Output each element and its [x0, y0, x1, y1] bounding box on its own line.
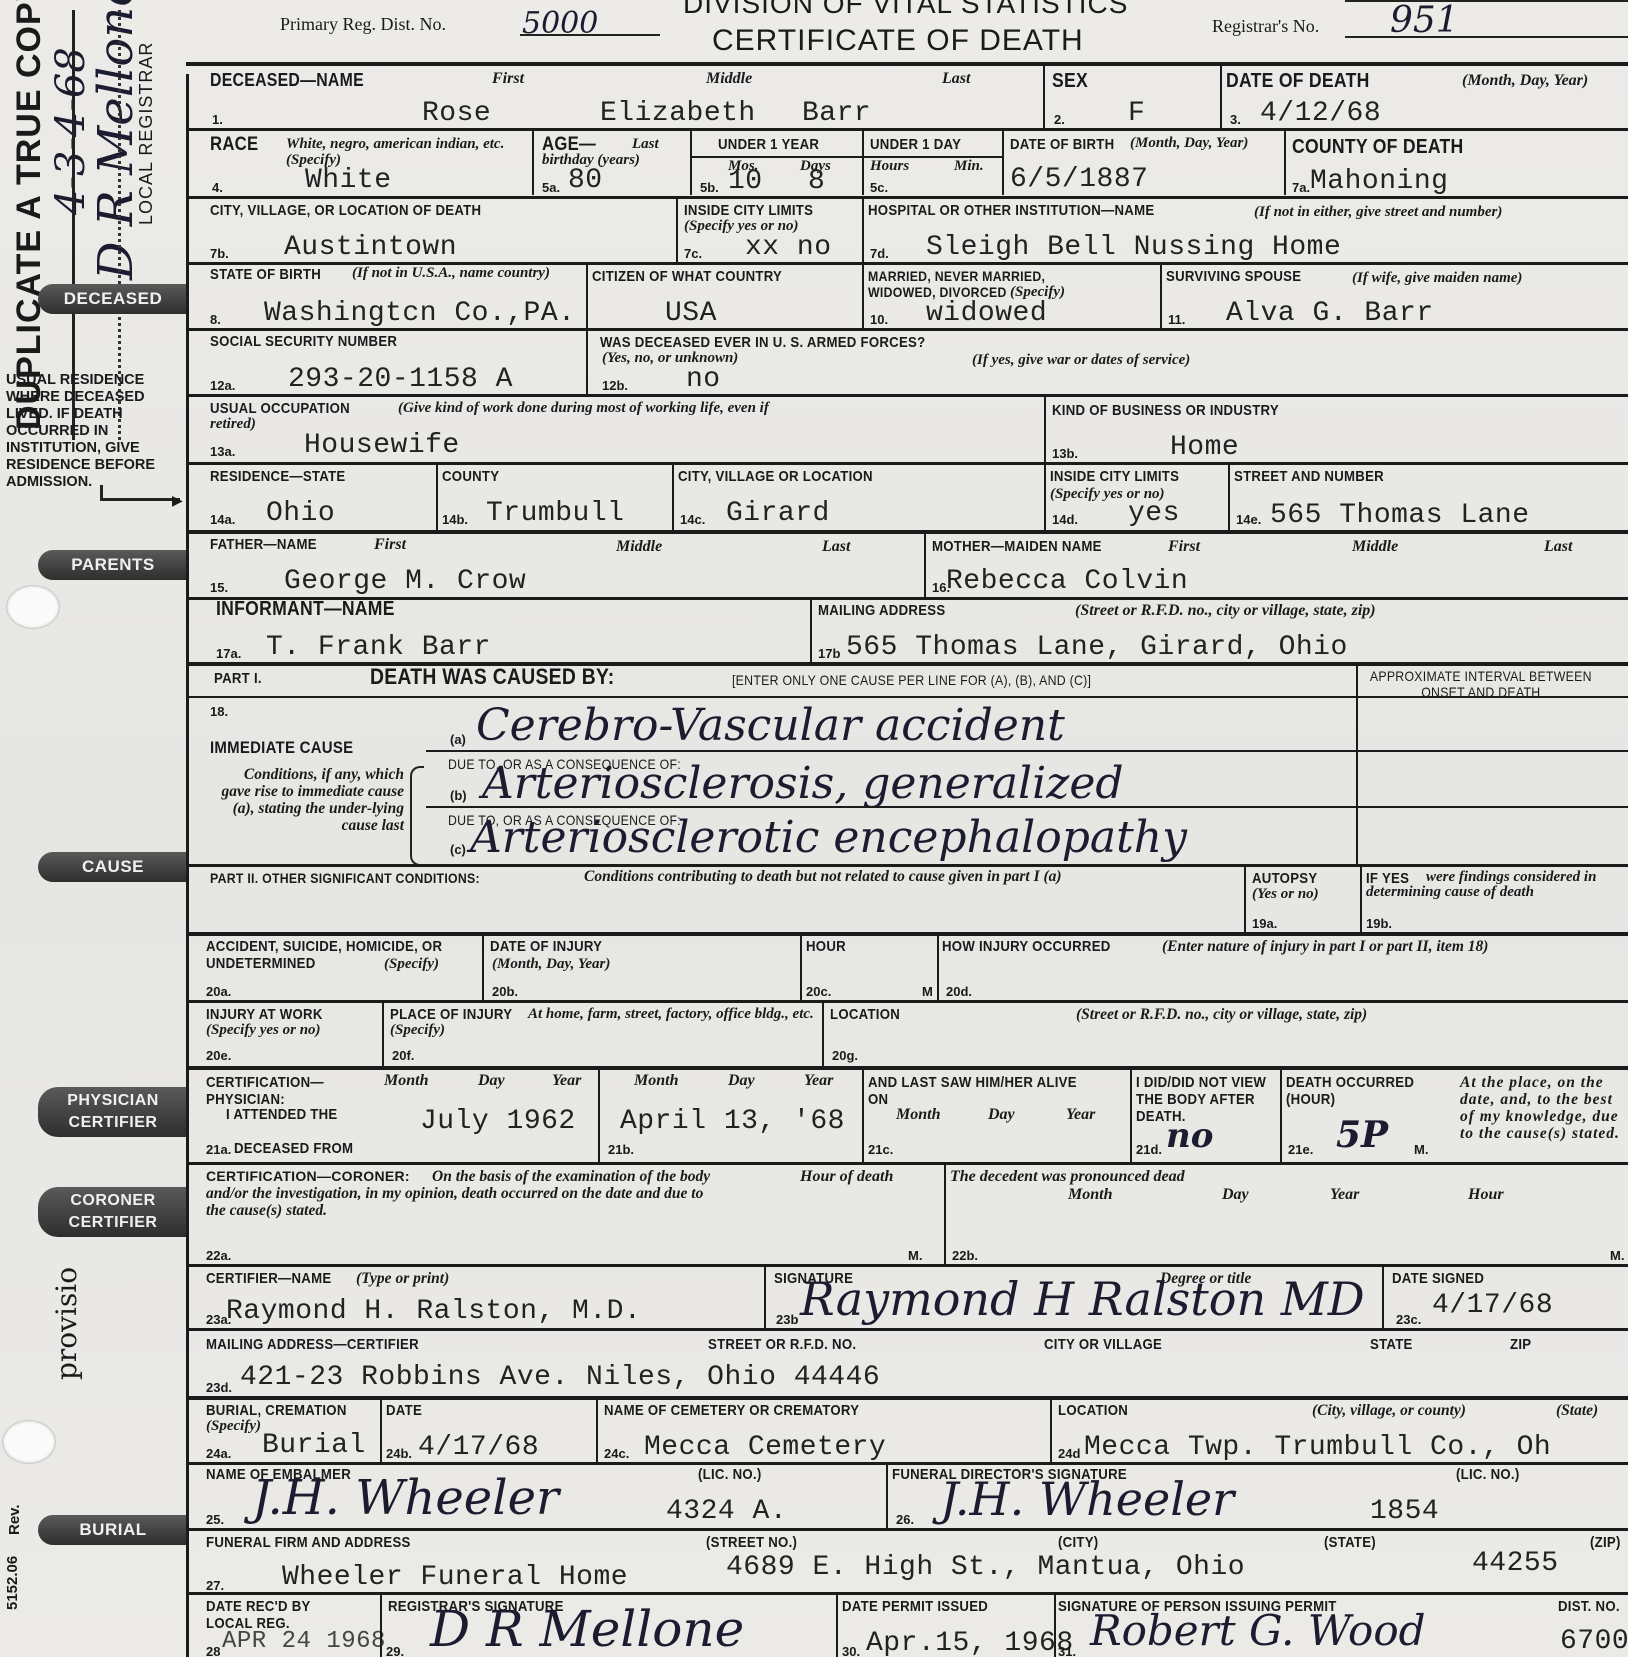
zip-label: (ZIP) [1590, 1534, 1621, 1551]
item-number: 14a. [210, 512, 235, 527]
item-number: 20g. [832, 1048, 858, 1063]
punch-hole [2, 1420, 56, 1464]
attended-label: I ATTENDED THE [226, 1106, 337, 1123]
date-of-death-value: 4/12/68 [1260, 98, 1381, 129]
date-of-death-label: DATE OF DEATH [1226, 70, 1370, 93]
deceased-from-label: DECEASED FROM [234, 1140, 353, 1157]
physician-statement: At the place, on the date, and, to the b… [1460, 1074, 1628, 1142]
item-number: 11. [1168, 312, 1185, 327]
item-number: 7a. [1292, 180, 1310, 195]
row-divider [186, 1328, 1628, 1331]
month-label: Month [384, 1072, 428, 1090]
divider [886, 1464, 888, 1528]
hour-label: Hour [1468, 1186, 1504, 1204]
father-name-value: George M. Crow [284, 566, 526, 597]
race-value: White [305, 165, 392, 196]
date-received-label: DATE REC'D BY LOCAL REG. [206, 1598, 347, 1632]
item-number: 26. [896, 1512, 914, 1527]
cause-c-label: (c) [450, 842, 466, 857]
form-top-border [186, 62, 1628, 66]
date-of-birth-value: 6/5/1887 [1010, 164, 1148, 195]
divider [862, 264, 864, 328]
death-occurred-label: DEATH OCCURRED (HOUR) [1286, 1074, 1444, 1108]
cemetery-value: Mecca Cemetery [644, 1432, 886, 1463]
hint: (If wife, give maiden name) [1352, 270, 1522, 287]
city-label: CITY OR VILLAGE [1044, 1336, 1162, 1353]
tab-deceased: DECEASED [38, 284, 188, 314]
arrow-line [100, 498, 180, 501]
hospital-label: HOSPITAL OR OTHER INSTITUTION—NAME [868, 202, 1154, 219]
spouse-value: Alva G. Barr [1226, 298, 1434, 329]
under-1-year-label: UNDER 1 YEAR [718, 136, 819, 153]
item-number: 2. [1054, 112, 1065, 127]
day-label: Day [728, 1072, 755, 1090]
spouse-label: SURVIVING SPOUSE [1166, 268, 1301, 285]
informant-mailing-value: 565 Thomas Lane, Girard, Ohio [846, 632, 1348, 663]
middle-label: Middle [706, 70, 752, 88]
view-body-value: no [1166, 1116, 1213, 1156]
divider [1044, 396, 1046, 462]
residence-limits-value: yes [1128, 498, 1180, 529]
line [426, 806, 1628, 808]
section-divider [186, 530, 1628, 534]
year-label: Year [1066, 1106, 1095, 1124]
hint: (Yes or no) [1252, 886, 1319, 903]
residence-state-value: Ohio [266, 498, 335, 529]
last-label: Last [942, 70, 970, 88]
tab-parents: PARENTS [38, 550, 188, 580]
informant-label: INFORMANT—NAME [216, 598, 395, 621]
true-copy-stamp: DUPLICATE A TRUE COPY [10, 0, 49, 430]
mailing-address-label: MAILING ADDRESS [818, 602, 945, 619]
citizen-value: USA [665, 298, 717, 329]
form-number: 5152.06 [4, 1556, 21, 1610]
row-divider [186, 196, 1628, 199]
attended-to-value: April 13, '68 [620, 1106, 845, 1137]
last-label: Last [822, 538, 850, 556]
divider [1043, 66, 1045, 128]
divider [586, 330, 588, 394]
item-number: 5c. [870, 180, 888, 195]
punch-hole [6, 585, 60, 629]
row-divider [186, 1592, 1628, 1595]
funeral-firm-value: Wheeler Funeral Home [282, 1562, 628, 1593]
arrow-right-icon: ▶ [172, 492, 183, 509]
row-divider [186, 394, 1628, 397]
burial-location-value: Mecca Twp. Trumbull Co., Oh [1084, 1432, 1551, 1463]
first-label: First [374, 536, 406, 554]
section-divider [186, 1066, 1628, 1070]
ssn-value: 293-20-1158 A [288, 364, 513, 395]
citizen-label: CITIZEN OF WHAT COUNTRY [592, 268, 782, 285]
row-divider [186, 864, 1628, 867]
hint: (Month, Day, Year) [1462, 72, 1588, 90]
divider [1280, 1070, 1282, 1162]
first-label: First [492, 70, 524, 88]
divider [862, 1070, 864, 1162]
funeral-firm-label: FUNERAL FIRM AND ADDRESS [206, 1534, 411, 1551]
hint: (If yes, give war or dates of service) [972, 352, 1190, 369]
deceased-first-name: Rose [422, 98, 491, 129]
middle-label: Middle [616, 538, 662, 556]
cemetery-label: NAME OF CEMETERY OR CREMATORY [604, 1402, 859, 1419]
hint: (Type or print) [356, 1270, 449, 1288]
street-label: STREET OR R.F.D. NO. [708, 1336, 856, 1353]
director-signature: J.H. Wheeler [940, 1472, 1234, 1526]
how-injury-label: HOW INJURY OCCURRED [942, 938, 1111, 955]
item-number: 23d. [206, 1380, 232, 1395]
item-number: 20b. [492, 984, 518, 999]
mother-name-value: Rebecca Colvin [946, 566, 1188, 597]
divider [482, 936, 484, 1000]
divider [1360, 866, 1362, 932]
division-heading: DIVISION OF VITAL STATISTICS [683, 0, 1128, 20]
part-2-label: PART II. OTHER SIGNIFICANT CONDITIONS: [210, 870, 480, 886]
divider [598, 1070, 600, 1162]
day-label: Day [478, 1072, 505, 1090]
date-signed-label: DATE SIGNED [1392, 1270, 1484, 1287]
residence-county-label: COUNTY [442, 468, 499, 485]
injury-at-work-label: INJURY AT WORK [206, 1006, 323, 1023]
item-number: 21e. [1288, 1142, 1313, 1157]
item-number: 20a. [206, 984, 231, 999]
race-label: RACE [210, 134, 258, 156]
month-label: Month [896, 1106, 940, 1124]
divider [382, 1002, 384, 1066]
arrow-stem [100, 485, 103, 501]
item-number: 13a. [210, 444, 235, 459]
hint: were findings considered in determining … [1366, 870, 1628, 900]
injury-date-label: DATE OF INJURY [490, 938, 602, 955]
item-number: 19b. [1366, 916, 1392, 931]
item-number: 25. [206, 1512, 224, 1527]
armed-forces-label: WAS DECEASED EVER IN U. S. ARMED FORCES? [600, 334, 925, 351]
street-no-label: (STREET NO.) [706, 1534, 797, 1551]
divider [1044, 464, 1046, 530]
residence-limits-label: INSIDE CITY LIMITS [1050, 468, 1179, 485]
item-number: 22b. [952, 1248, 978, 1263]
permit-issuer-signature: Robert G. Wood [1090, 1606, 1426, 1655]
death-certificate-scan: DUPLICATE A TRUE COPY 4-3-4-68 D R Mello… [0, 0, 1628, 1657]
sex-label: SEX [1052, 70, 1088, 93]
residence-state-label: RESIDENCE—STATE [210, 468, 345, 485]
hint: Last birthday (years) [542, 136, 692, 168]
city-of-death-value: Austintown [284, 232, 457, 263]
death-hour-value: 5P [1336, 1114, 1388, 1156]
permit-date-label: DATE PERMIT ISSUED [842, 1598, 988, 1615]
armed-forces-value: no [686, 364, 721, 395]
min-label: Min. [954, 158, 984, 175]
state-label: STATE [1370, 1336, 1413, 1353]
certificate-title: CERTIFICATE OF DEATH [712, 24, 1084, 58]
meridiem-label: M. [1414, 1142, 1428, 1157]
first-label: First [1168, 538, 1200, 556]
item-number: 10. [870, 312, 888, 327]
inside-limits-label: INSIDE CITY LIMITS [684, 202, 813, 219]
cause-c-value: Arteriosclerotic encephalopathy [470, 812, 1187, 863]
hint: At home, farm, street, factory, office b… [390, 1006, 820, 1038]
meridiem-label: M [922, 984, 933, 999]
hint: (Specify) [384, 956, 439, 973]
residence-city-value: Girard [726, 498, 830, 529]
divider [1050, 1400, 1052, 1462]
street-value: 565 Thomas Lane [1270, 500, 1530, 531]
zip-label: ZIP [1510, 1336, 1531, 1353]
item-number: 21a. [206, 1142, 231, 1157]
marital-status-value: widowed [926, 298, 1047, 329]
street-label: STREET AND NUMBER [1234, 468, 1384, 485]
days-value: 8 [808, 166, 825, 197]
hospital-value: Sleigh Bell Nussing Home [926, 232, 1341, 263]
item-number: 14c. [680, 512, 705, 527]
underline [1345, 36, 1628, 38]
item-number: 24d [1058, 1446, 1080, 1461]
local-registrar-label: LOCAL REGISTRAR [136, 42, 157, 225]
rev-label: Rev. [6, 1504, 23, 1535]
item-number: 23c. [1396, 1312, 1421, 1327]
item-number: 5b. [700, 180, 719, 195]
item-number: 3. [1230, 112, 1241, 127]
year-label: Year [804, 1072, 833, 1090]
item-number: 7d. [870, 246, 889, 261]
item-number: 20f. [392, 1048, 414, 1063]
item-number: 18. [210, 704, 228, 719]
item-number: 8. [210, 312, 221, 327]
city-label: (CITY) [1058, 1534, 1098, 1551]
item-number: 24b. [386, 1446, 412, 1461]
embalmer-signature: J.H. Wheeler [252, 1470, 559, 1526]
cause-heading: DEATH WAS CAUSED BY: [370, 664, 614, 690]
item-number: 24c. [604, 1446, 629, 1461]
divider [532, 130, 534, 195]
name-label: DECEASED—NAME [210, 70, 364, 91]
embalmer-license-value: 4324 A. [666, 1496, 787, 1527]
year-label: Year [1330, 1186, 1359, 1204]
month-label: Month [1068, 1186, 1112, 1204]
cause-a-label: (a) [450, 732, 466, 747]
ssn-label: SOCIAL SECURITY NUMBER [210, 333, 397, 350]
under-1-day-label: UNDER 1 DAY [870, 136, 961, 153]
day-label: Day [988, 1106, 1015, 1124]
attended-from-value: July 1962 [420, 1106, 576, 1137]
item-number: 20d. [946, 984, 972, 999]
burial-date-label: DATE [386, 1402, 422, 1419]
divider [944, 1164, 946, 1264]
divider [380, 1594, 382, 1657]
county-of-death-label: COUNTY OF DEATH [1292, 136, 1463, 159]
item-number: 21b. [608, 1142, 634, 1157]
state-of-birth-value: Washingtcn Co.,PA. [264, 298, 575, 329]
day-label: Day [1222, 1186, 1249, 1204]
sex-value: F [1128, 98, 1145, 129]
inside-limits-value: xx no [745, 232, 832, 263]
months-value: 10 [728, 166, 763, 197]
pronounced-label: The decedent was pronounced dead [950, 1168, 1185, 1186]
tab-cause: CAUSE [38, 852, 188, 882]
row-divider [186, 696, 1628, 698]
hint: (Street or R.F.D. no., city or village, … [1076, 1006, 1367, 1024]
item-number: 20e. [206, 1048, 231, 1063]
divider [672, 464, 674, 530]
cause-instruction: [ENTER ONLY ONE CAUSE PER LINE FOR (a), … [732, 672, 1091, 688]
registrar-signature: D R Mellone [430, 1600, 744, 1657]
permit-date-value: Apr.15, 1968 [866, 1628, 1074, 1657]
item-number: 4. [212, 180, 223, 195]
certifier-name-value: Raymond H. Ralston, M.D. [226, 1296, 641, 1327]
deceased-middle-name: Elizabeth [600, 98, 756, 129]
tab-coroner-certifier: CORONER CERTIFIER [38, 1187, 188, 1237]
hint: (Month, Day, Year) [492, 956, 610, 973]
divider [1160, 264, 1162, 328]
hour-of-death-label: Hour of death [800, 1168, 893, 1186]
funeral-firm-address: 4689 E. High St., Mantua, Ohio [726, 1552, 1245, 1583]
section-divider [186, 932, 1628, 936]
state-of-birth-label: STATE OF BIRTH [210, 266, 321, 283]
primary-reg-label: Primary Reg. Dist. No. [280, 14, 446, 35]
item-number: 19a. [1252, 916, 1277, 931]
row-divider [186, 1462, 1628, 1465]
divider [676, 198, 678, 262]
row-divider [186, 1000, 1628, 1003]
row-divider [186, 128, 1628, 131]
conditions-note: Conditions, if any, which gave rise to i… [214, 766, 404, 834]
date-received-value: APR 24 1968 [222, 1628, 386, 1655]
item-number: 17b [818, 646, 840, 661]
business-value: Home [1170, 432, 1239, 463]
burial-type-label: BURIAL, CREMATION [206, 1402, 347, 1419]
meridiem-label: M. [908, 1248, 922, 1263]
residence-county-value: Trumbull [486, 498, 624, 529]
last-label: Last [1544, 538, 1572, 556]
tab-physician-certifier: PHYSICIAN CERTIFIER [38, 1087, 188, 1137]
last-saw-label: AND LAST SAW HIM/HER ALIVE ON [868, 1074, 1079, 1108]
physician-cert-label: CERTIFICATION— PHYSICIAN: [206, 1074, 329, 1108]
item-number: 30. [842, 1644, 860, 1657]
business-label: KIND OF BUSINESS OR INDUSTRY [1052, 402, 1279, 419]
divider [810, 600, 812, 662]
item-number: 1. [212, 112, 223, 127]
section-divider [186, 1396, 1628, 1400]
part-1-label: PART I. [214, 670, 262, 687]
divider [1228, 464, 1230, 530]
license-label: (LIC. NO.) [698, 1466, 761, 1483]
item-number: 14d. [1052, 512, 1078, 527]
hint: (State) [1556, 1402, 1598, 1420]
burial-type-value: Burial [262, 1430, 366, 1461]
district-no-label: DIST. NO. [1558, 1598, 1620, 1615]
divider [586, 264, 588, 328]
row-divider [186, 462, 1628, 465]
hint: (City, village, or county) [1312, 1402, 1466, 1420]
city-of-death-label: CITY, VILLAGE, OR LOCATION OF DEATH [210, 202, 481, 219]
registrar-no-value: 951 [1390, 0, 1459, 41]
divider [1220, 66, 1222, 128]
divider [436, 464, 438, 530]
meridiem-label: M. [1610, 1248, 1624, 1263]
provision-text: provisio [50, 1267, 83, 1380]
deceased-last-name: Barr [802, 98, 871, 129]
state-label: (STATE) [1324, 1534, 1376, 1551]
item-number: 23b [776, 1312, 798, 1327]
item-number: 14e. [1236, 512, 1261, 527]
divider [822, 1002, 824, 1066]
divider [1054, 1594, 1056, 1657]
row-divider [186, 1528, 1628, 1531]
hint: (Enter nature of injury in part I or par… [1162, 938, 1488, 956]
divider [836, 1594, 838, 1657]
date-of-birth-label: DATE OF BIRTH [1010, 136, 1114, 153]
divider [862, 130, 864, 195]
certifier-name-label: CERTIFIER—NAME [206, 1270, 331, 1287]
hint: (If not in U.S.A., name country) [352, 266, 572, 281]
divider [1244, 866, 1246, 932]
hint: (Street or R.F.D. no., city or village, … [1075, 602, 1376, 620]
item-number: 13b. [1052, 446, 1078, 461]
row-divider [186, 328, 1628, 331]
item-number: 15. [210, 580, 228, 595]
item-number: 24a. [206, 1446, 231, 1461]
divider [1130, 1070, 1132, 1162]
underline [1345, 0, 1628, 2]
hint: White, negro, american indian, etc. (Spe… [286, 136, 526, 168]
hint: (Specify) [206, 1418, 261, 1435]
marital-status-label: MARRIED, NEVER MARRIED, WIDOWED, DIVORCE… [868, 268, 1114, 300]
divider [380, 1400, 382, 1462]
divider [1284, 130, 1286, 195]
divider [924, 534, 926, 598]
date-signed-value: 4/17/68 [1432, 1290, 1553, 1321]
injury-location-label: LOCATION [830, 1006, 900, 1023]
divider [862, 198, 864, 262]
middle-label: Middle [1352, 538, 1398, 556]
item-number: 27. [206, 1578, 224, 1593]
tab-burial: BURIAL [38, 1515, 188, 1545]
age-value: 80 [568, 165, 603, 196]
primary-reg-value: 5000 [522, 6, 598, 41]
autopsy-label: AUTOPSY [1252, 870, 1317, 887]
hours-label: Hours [870, 158, 909, 175]
residence-note: USUAL RESIDENCE WHERE DECEASED LIVED. IF… [6, 372, 186, 491]
father-label: FATHER—NAME [210, 536, 317, 553]
license-label: (LIC. NO.) [1456, 1466, 1519, 1483]
certifier-signature: Raymond H Ralston MD [800, 1272, 1365, 1326]
item-number: 31. [1058, 1644, 1076, 1657]
item-number: 17a. [216, 646, 241, 661]
hint: (If not in either, give street and numbe… [1254, 204, 1502, 221]
row-divider [186, 597, 1628, 600]
occupation-value: Housewife [304, 430, 460, 461]
divider [764, 1266, 766, 1328]
item-number: 21c. [868, 1142, 893, 1157]
item-number: 28 [206, 1644, 220, 1657]
item-number: 12a. [210, 378, 235, 393]
item-number: 5a. [542, 180, 560, 195]
divider [1002, 130, 1004, 195]
coroner-statement: On the basis of the examination of the b… [206, 1168, 726, 1219]
residence-city-label: CITY, VILLAGE OR LOCATION [678, 468, 873, 485]
year-label: Year [552, 1072, 581, 1090]
month-label: Month [634, 1072, 678, 1090]
divider [596, 1400, 598, 1462]
item-number: 7c. [684, 246, 702, 261]
certifier-mailing-label: MAILING ADDRESS—CERTIFIER [206, 1336, 419, 1353]
registrar-no-label: Registrar's No. [1212, 16, 1319, 37]
certifier-mailing-value: 421-23 Robbins Ave. Niles, Ohio 44446 [240, 1362, 880, 1393]
immediate-cause-label: IMMEDIATE CAUSE [210, 738, 353, 758]
item-number: 7b. [210, 246, 229, 261]
hint: (Specify yes or no) [206, 1022, 321, 1039]
cause-b-value: Arteriosclerosis, generalized [482, 758, 1124, 809]
